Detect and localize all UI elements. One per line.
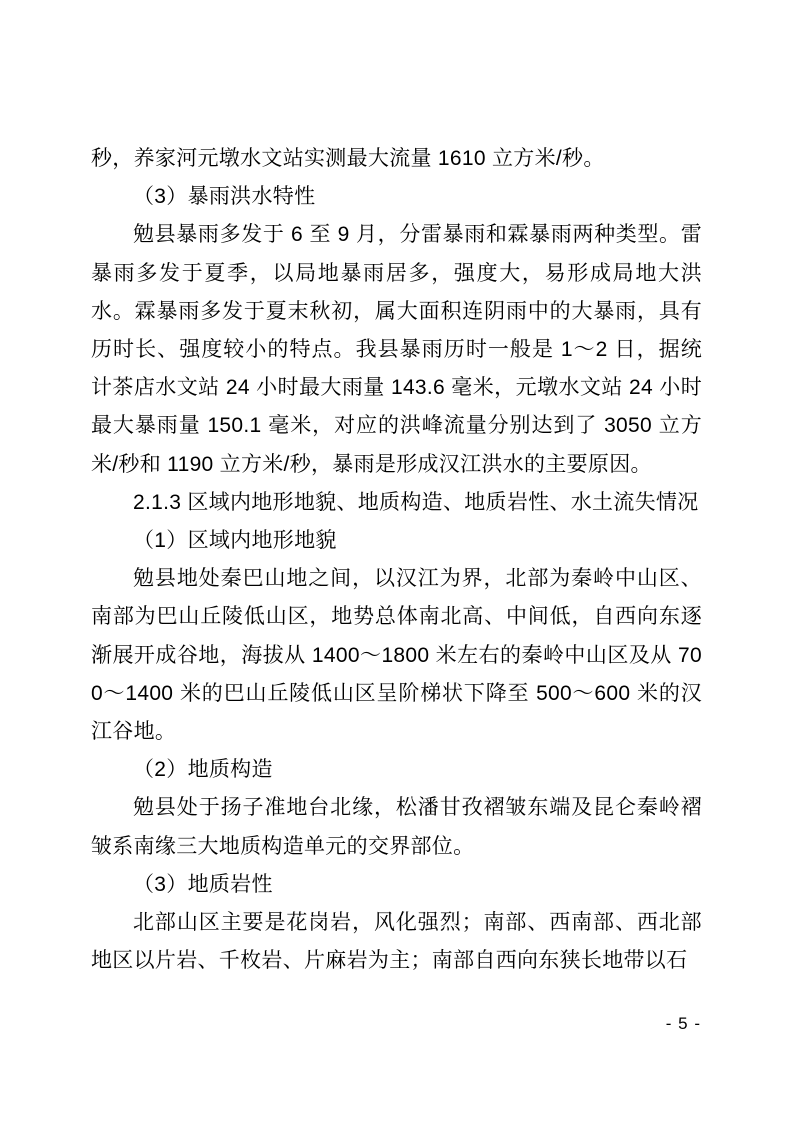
paragraph-geology-structure-detail: 勉县处于扬子准地台北缘，松潘甘孜褶皱东端及昆仑秦岭褶皱系南缘三大地质构造单元的交… xyxy=(91,789,702,865)
subsection-heading-terrain: （1）区域内地形地貌 xyxy=(91,522,702,560)
subsection-heading-geology-structure: （2）地质构造 xyxy=(91,751,702,789)
paragraph-terrain-detail: 勉县地处秦巴山地之间，以汉江为界，北部为秦岭中山区、南部为巴山丘陵低山区，地势总… xyxy=(91,560,702,751)
subsection-heading-rainstorm-flood: （3）暴雨洪水特性 xyxy=(91,178,702,216)
page-number: - 5 - xyxy=(666,1013,701,1035)
document-body: 秒，养家河元墩水文站实测最大流量 1610 立方米/秒。 （3）暴雨洪水特性 勉… xyxy=(91,140,702,980)
paragraph-rainstorm-detail: 勉县暴雨多发于 6 至 9 月，分雷暴雨和霖暴雨两种类型。雷暴雨多发于夏季，以局… xyxy=(91,216,702,483)
paragraph-lithology-detail: 北部山区主要是花岗岩，风化强烈；南部、西南部、西北部地区以片岩、千枚岩、片麻岩为… xyxy=(91,904,702,980)
document-page: 秒，养家河元墩水文站实测最大流量 1610 立方米/秒。 （3）暴雨洪水特性 勉… xyxy=(0,0,793,1122)
paragraph-continuation: 秒，养家河元墩水文站实测最大流量 1610 立方米/秒。 xyxy=(91,140,702,178)
section-heading-2-1-3: 2.1.3 区域内地形地貌、地质构造、地质岩性、水土流失情况 xyxy=(91,484,702,522)
subsection-heading-lithology: （3）地质岩性 xyxy=(91,866,702,904)
